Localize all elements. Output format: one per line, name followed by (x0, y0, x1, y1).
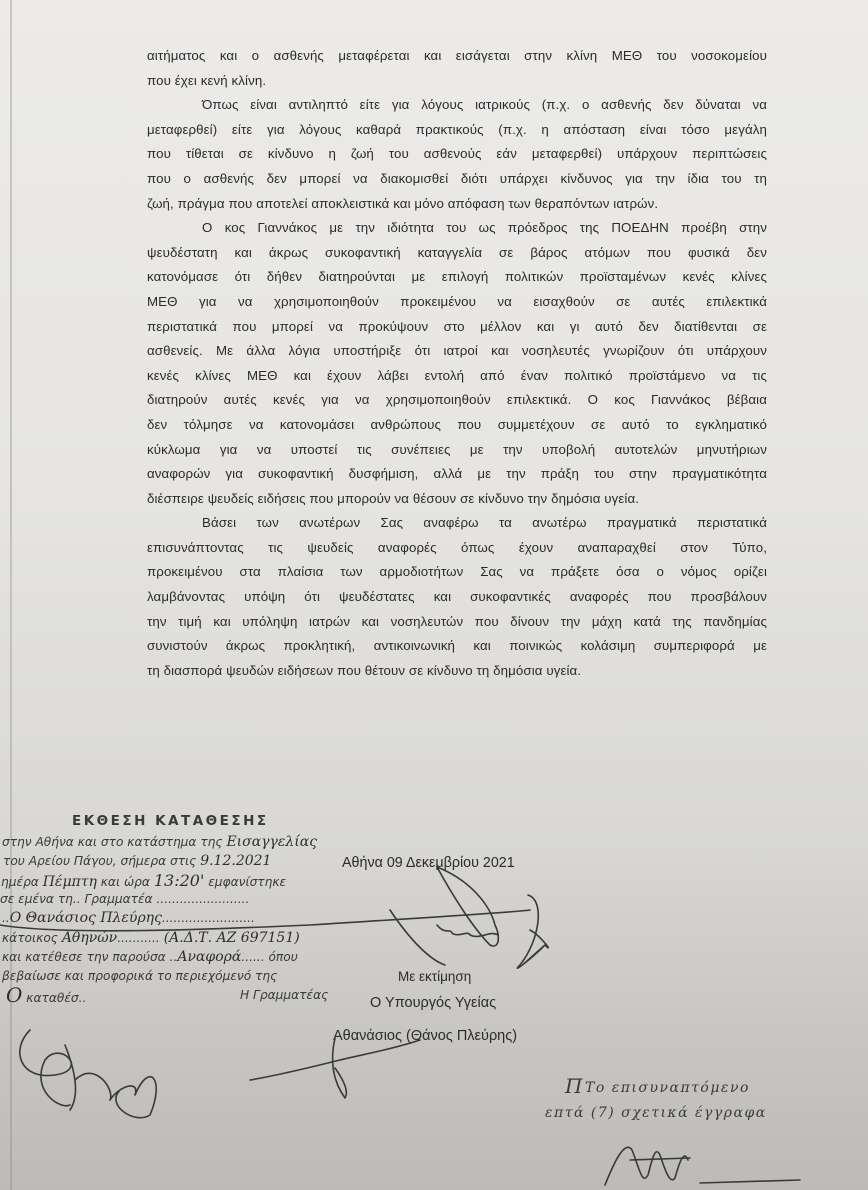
annotation-signature (605, 1147, 800, 1185)
deponent-signature (20, 1030, 156, 1118)
signatures-overlay (0, 0, 868, 1190)
secretary-signature (250, 1038, 420, 1098)
minister-signature (0, 867, 548, 968)
